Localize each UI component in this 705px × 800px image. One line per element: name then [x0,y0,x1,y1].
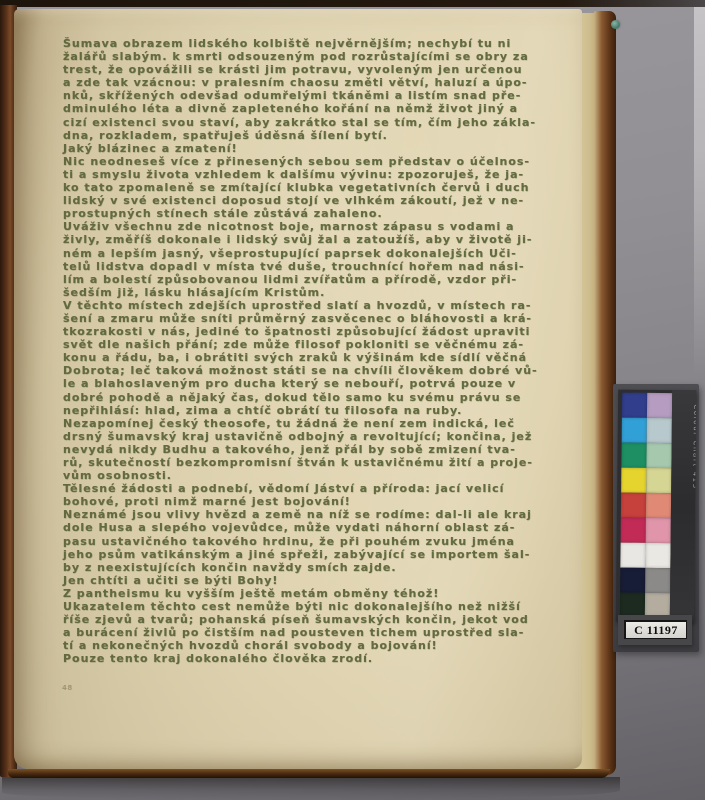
text-line: Jaký blázinec a zmatení! [63,142,559,155]
text-line: dna, rozkladem, spatřuješ úděsná šílení … [63,129,559,142]
text-line: a zde tak vzácnou: v pralesním chaosu zm… [63,76,559,89]
text-line: trest, že opovážili se krásti jim potrav… [63,63,559,76]
text-line: Pouze tento kraj dokonalého člověka zrod… [63,652,559,665]
text-line: Nezapomínej český theosofe, tu žádná že … [63,417,559,430]
text-line: by z neexistujících končin navždy smích … [63,561,559,574]
text-line: Dobrota; leč taková možnost státi se na … [63,364,559,377]
color-patch [621,443,646,468]
text-line: drsný šumavský kraj ustavičně odbojný a … [63,430,559,443]
text-line: říše zjevů a tvarů; pohanská píseň šumav… [63,613,559,626]
text-line: žalářů slabým. k smrti odsouzeným pod ro… [63,50,559,63]
text-line: Tělesné žádosti a podnebí, vědomí Jáství… [63,482,559,495]
text-line: vům osobnosti. [63,469,559,482]
page-number: 48 [62,684,73,692]
text-line: ti a smyslu života vzhledem k dalšímu vý… [63,168,559,181]
text-line: ko tato zpomaleně se zmítající klubka ve… [63,181,559,194]
text-line: Uváživ všechnu zde nicotnost boje, marno… [63,220,559,233]
text-line: Nic neodneseš více z přinesených sebou s… [63,155,559,168]
text-line: svět dle našich přání; zde může filosof … [63,338,559,351]
text-line: bohové, proti nimž marné jest bojování! [63,495,559,508]
color-patch [646,443,671,468]
text-line: jeho psům vatikánským a jiné spřeži, zab… [63,548,559,561]
book-shadow [2,777,620,799]
text-line: dole Husa a slepého vojevůdce, může vyda… [63,521,559,534]
text-line: tkozrakosti v nás, jediné to špatnosti z… [63,325,559,338]
color-patch [620,543,645,568]
text-line: šedším již, lásku hlásajícím Kristům. [63,286,559,299]
background-light-strip [694,7,705,377]
chart-label-strip: Colour Chart 413 [670,390,696,622]
text-line: lím a bolestí způsobovanou lidmi zvířatů… [63,273,559,286]
color-patch [622,393,647,418]
color-patch [645,543,670,568]
text-line: nevydá nikdy Budhu a takového, jenž přál… [63,443,559,456]
color-patch [645,568,670,593]
text-line: tí a nekonečných hvozdů chorál svobody a… [63,639,559,652]
text-line: lidský v své existenci doposud stojí ve … [63,194,559,207]
text-line: le a blahoslaveným pro ducha který se ne… [63,377,559,390]
color-patch [646,468,671,493]
color-patch [622,418,647,443]
color-patch [646,493,671,518]
text-line: živly, změříš dokonale i lidský svůj žal… [63,233,559,246]
text-line: cizí existenci svou staví, aby zakrátko … [63,116,559,129]
chart-pastel-column [645,390,672,622]
text-line: telů lidstva dopadl v místa tvé duše, tr… [63,260,559,273]
text-line: dminulého léta a divně zapleteného kořán… [63,102,559,115]
chart-strip-label-text: Colour Chart 413 [671,404,696,490]
color-patch [621,468,646,493]
text-line: Z pantheismu ku vyšším ještě metám obměn… [63,587,559,600]
text-line: Ukazatelem těchto cest nemůže býti nic d… [63,600,559,613]
text-line: dobré pohodě a nějaký čas, dokud tělo sa… [63,391,559,404]
photo-of-book-with-color-chart: Šumava obrazem lidského kolbiště nejvěrn… [0,0,705,800]
text-line: nků, skřížených odevšad odumřelými tkáně… [63,89,559,102]
color-patch [621,518,646,543]
text-line: pasu ustavičného takového hrdinu, že při… [63,535,559,548]
text-line: V těchto místech zdejších uprostřed slat… [63,299,559,312]
color-calibration-chart: Colour Chart 413 [616,390,696,623]
text-line: šení a zmaru může sníti průměrný zasvěce… [63,312,559,325]
chart-saturated-column [616,390,647,622]
color-patch [647,418,672,443]
text-line: prostupných stínech stále zůstává zahale… [63,207,559,220]
text-line: nepřihlásí: hlad, zima a chtíč obrátí tu… [63,404,559,417]
page-text: Šumava obrazem lidského kolbiště nejvěrn… [63,37,559,666]
green-marker-dot [611,20,620,29]
color-patch [621,493,646,518]
color-patch [620,568,645,593]
text-line: ném a lepším jasný, všeprostupující papr… [63,247,559,260]
text-line: konu a řádu, ba, i obrátiti svých zraků … [63,351,559,364]
text-line: Šumava obrazem lidského kolbiště nejvěrn… [63,37,559,50]
text-line: Neznámé jsou vlivy hvězd a země na níž s… [63,508,559,521]
text-line: a burácení živlů po čistším nad pousteve… [63,626,559,639]
color-patch [646,518,671,543]
color-patch [647,393,672,418]
text-line: Jen chtíti a učiti se býti Bohy! [63,574,559,587]
catalog-number-label: C 11197 [624,620,687,639]
text-line: rů, skutečností bezkompromisní štván k u… [63,456,559,469]
